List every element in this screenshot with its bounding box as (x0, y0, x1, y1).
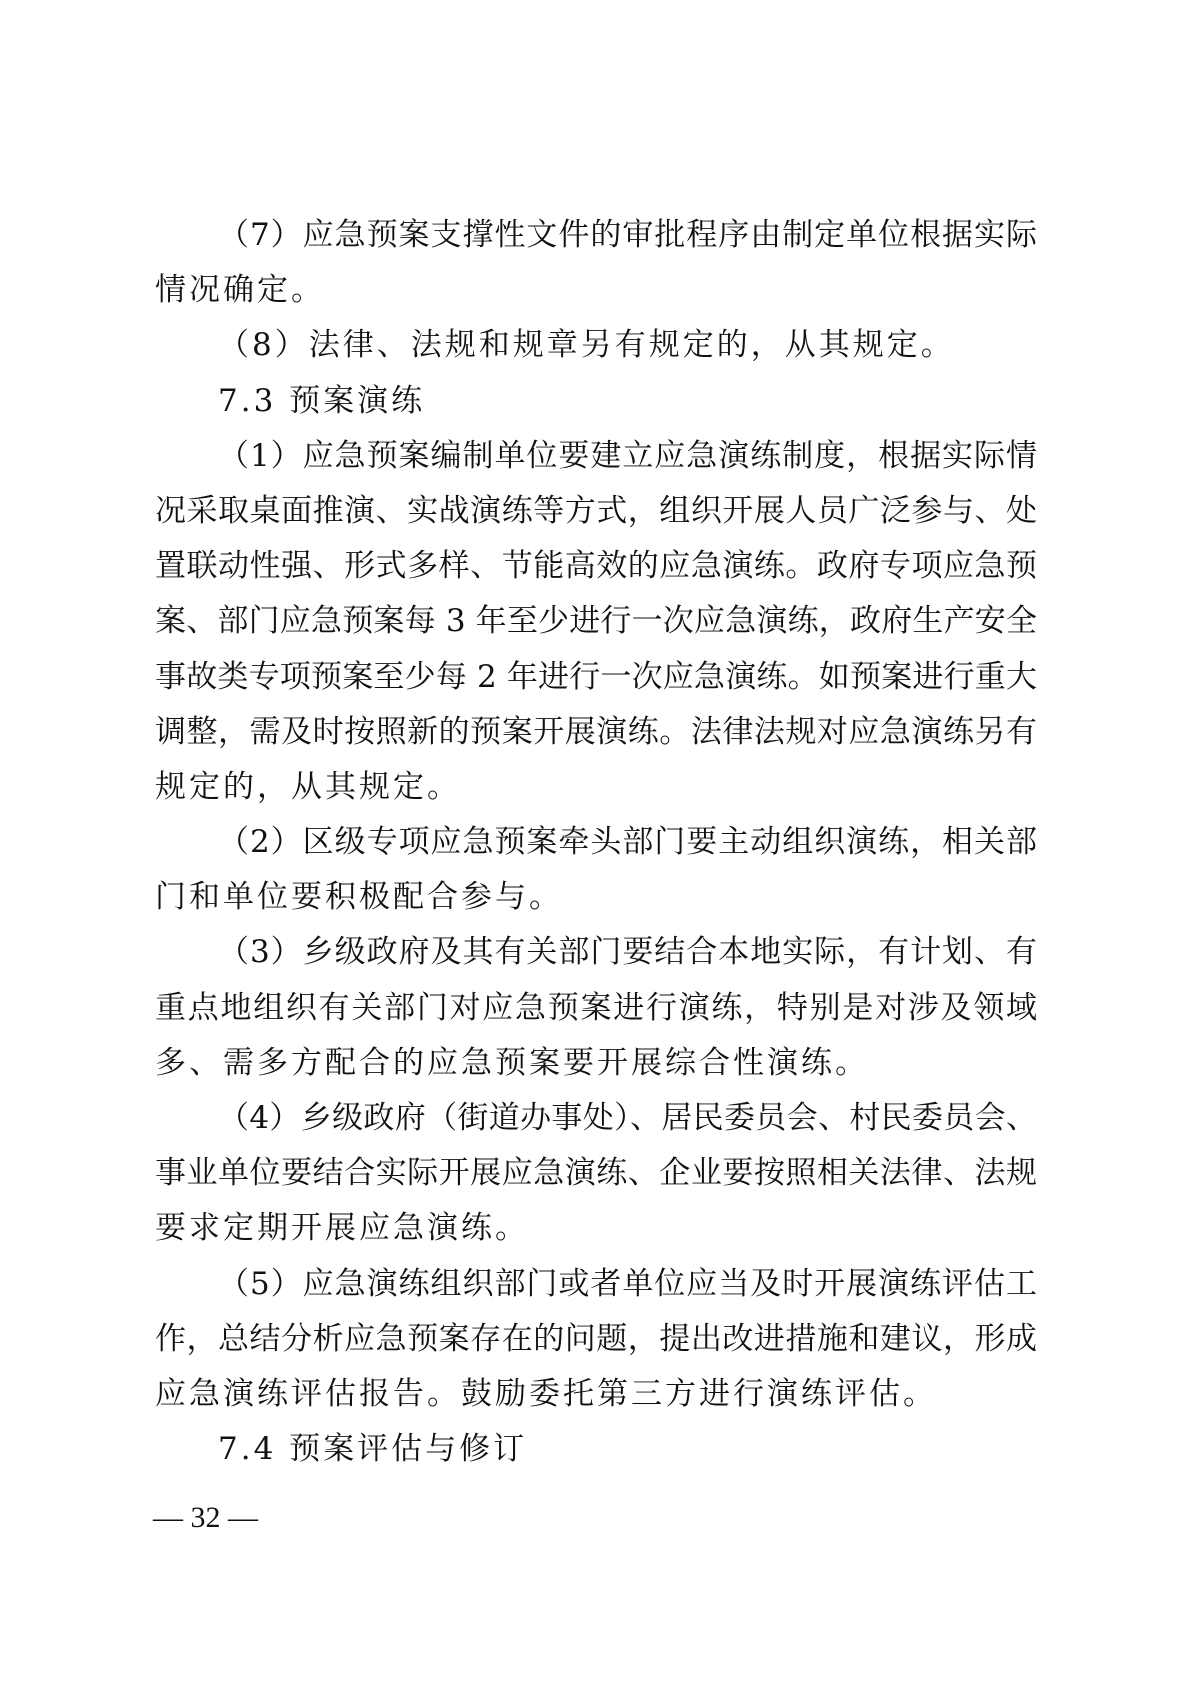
drill-paragraph-3-line-1: （3）乡级政府及其有关部门要结合本地实际，有计划、有 (155, 925, 1037, 980)
drill-paragraph-5-line-2: 作，总结分析应急预案存在的问题，提出改进措施和建议，形成 (155, 1312, 1037, 1367)
drill-paragraph-1-line-3: 置联动性强、形式多样、节能高效的应急演练。政府专项应急预 (155, 539, 1037, 594)
drill-paragraph-2-line-2: 门和单位要积极配合参与。 (155, 870, 1037, 925)
drill-paragraph-1-line-6: 调整，需及时按照新的预案开展演练。法律法规对应急演练另有 (155, 705, 1037, 760)
paragraph-7-line-1: （7）应急预案支撑性文件的审批程序由制定单位根据实际 (155, 208, 1037, 263)
drill-paragraph-1-line-7: 规定的，从其规定。 (155, 760, 1037, 815)
drill-paragraph-1-line-4: 案、部门应急预案每 3 年至少进行一次应急演练，政府生产安全 (155, 594, 1037, 649)
drill-paragraph-3-line-2: 重点地组织有关部门对应急预案进行演练，特别是对涉及领域 (155, 981, 1037, 1036)
drill-paragraph-5-line-3: 应急演练评估报告。鼓励委托第三方进行演练评估。 (155, 1367, 1037, 1422)
drill-paragraph-1-line-5: 事故类专项预案至少每 2 年进行一次应急演练。如预案进行重大 (155, 650, 1037, 705)
section-heading-7-3: 7.3 预案演练 (155, 374, 1037, 429)
drill-paragraph-4-line-2: 事业单位要结合实际开展应急演练、企业要按照相关法律、法规 (155, 1146, 1037, 1201)
document-page: （7）应急预案支撑性文件的审批程序由制定单位根据实际 情况确定。 （8）法律、法… (0, 0, 1190, 1683)
drill-paragraph-4-line-3: 要求定期开展应急演练。 (155, 1201, 1037, 1256)
drill-paragraph-1-line-1: （1）应急预案编制单位要建立应急演练制度，根据实际情 (155, 429, 1037, 484)
drill-paragraph-4-line-1: （4）乡级政府（街道办事处）、居民委员会、村民委员会、 (155, 1091, 1037, 1146)
drill-paragraph-5-line-1: （5）应急演练组织部门或者单位应当及时开展演练评估工 (155, 1257, 1037, 1312)
document-body: （7）应急预案支撑性文件的审批程序由制定单位根据实际 情况确定。 （8）法律、法… (155, 208, 1037, 1477)
drill-paragraph-1-line-2: 况采取桌面推演、实战演练等方式，组织开展人员广泛参与、处 (155, 484, 1037, 539)
paragraph-7-line-2: 情况确定。 (155, 263, 1037, 318)
drill-paragraph-3-line-3: 多、需多方配合的应急预案要开展综合性演练。 (155, 1036, 1037, 1091)
drill-paragraph-2-line-1: （2）区级专项应急预案牵头部门要主动组织演练，相关部 (155, 815, 1037, 870)
paragraph-8: （8）法律、法规和规章另有规定的，从其规定。 (155, 318, 1037, 373)
page-number: — 32 — (153, 1500, 258, 1536)
section-heading-7-4: 7.4 预案评估与修订 (155, 1422, 1037, 1477)
